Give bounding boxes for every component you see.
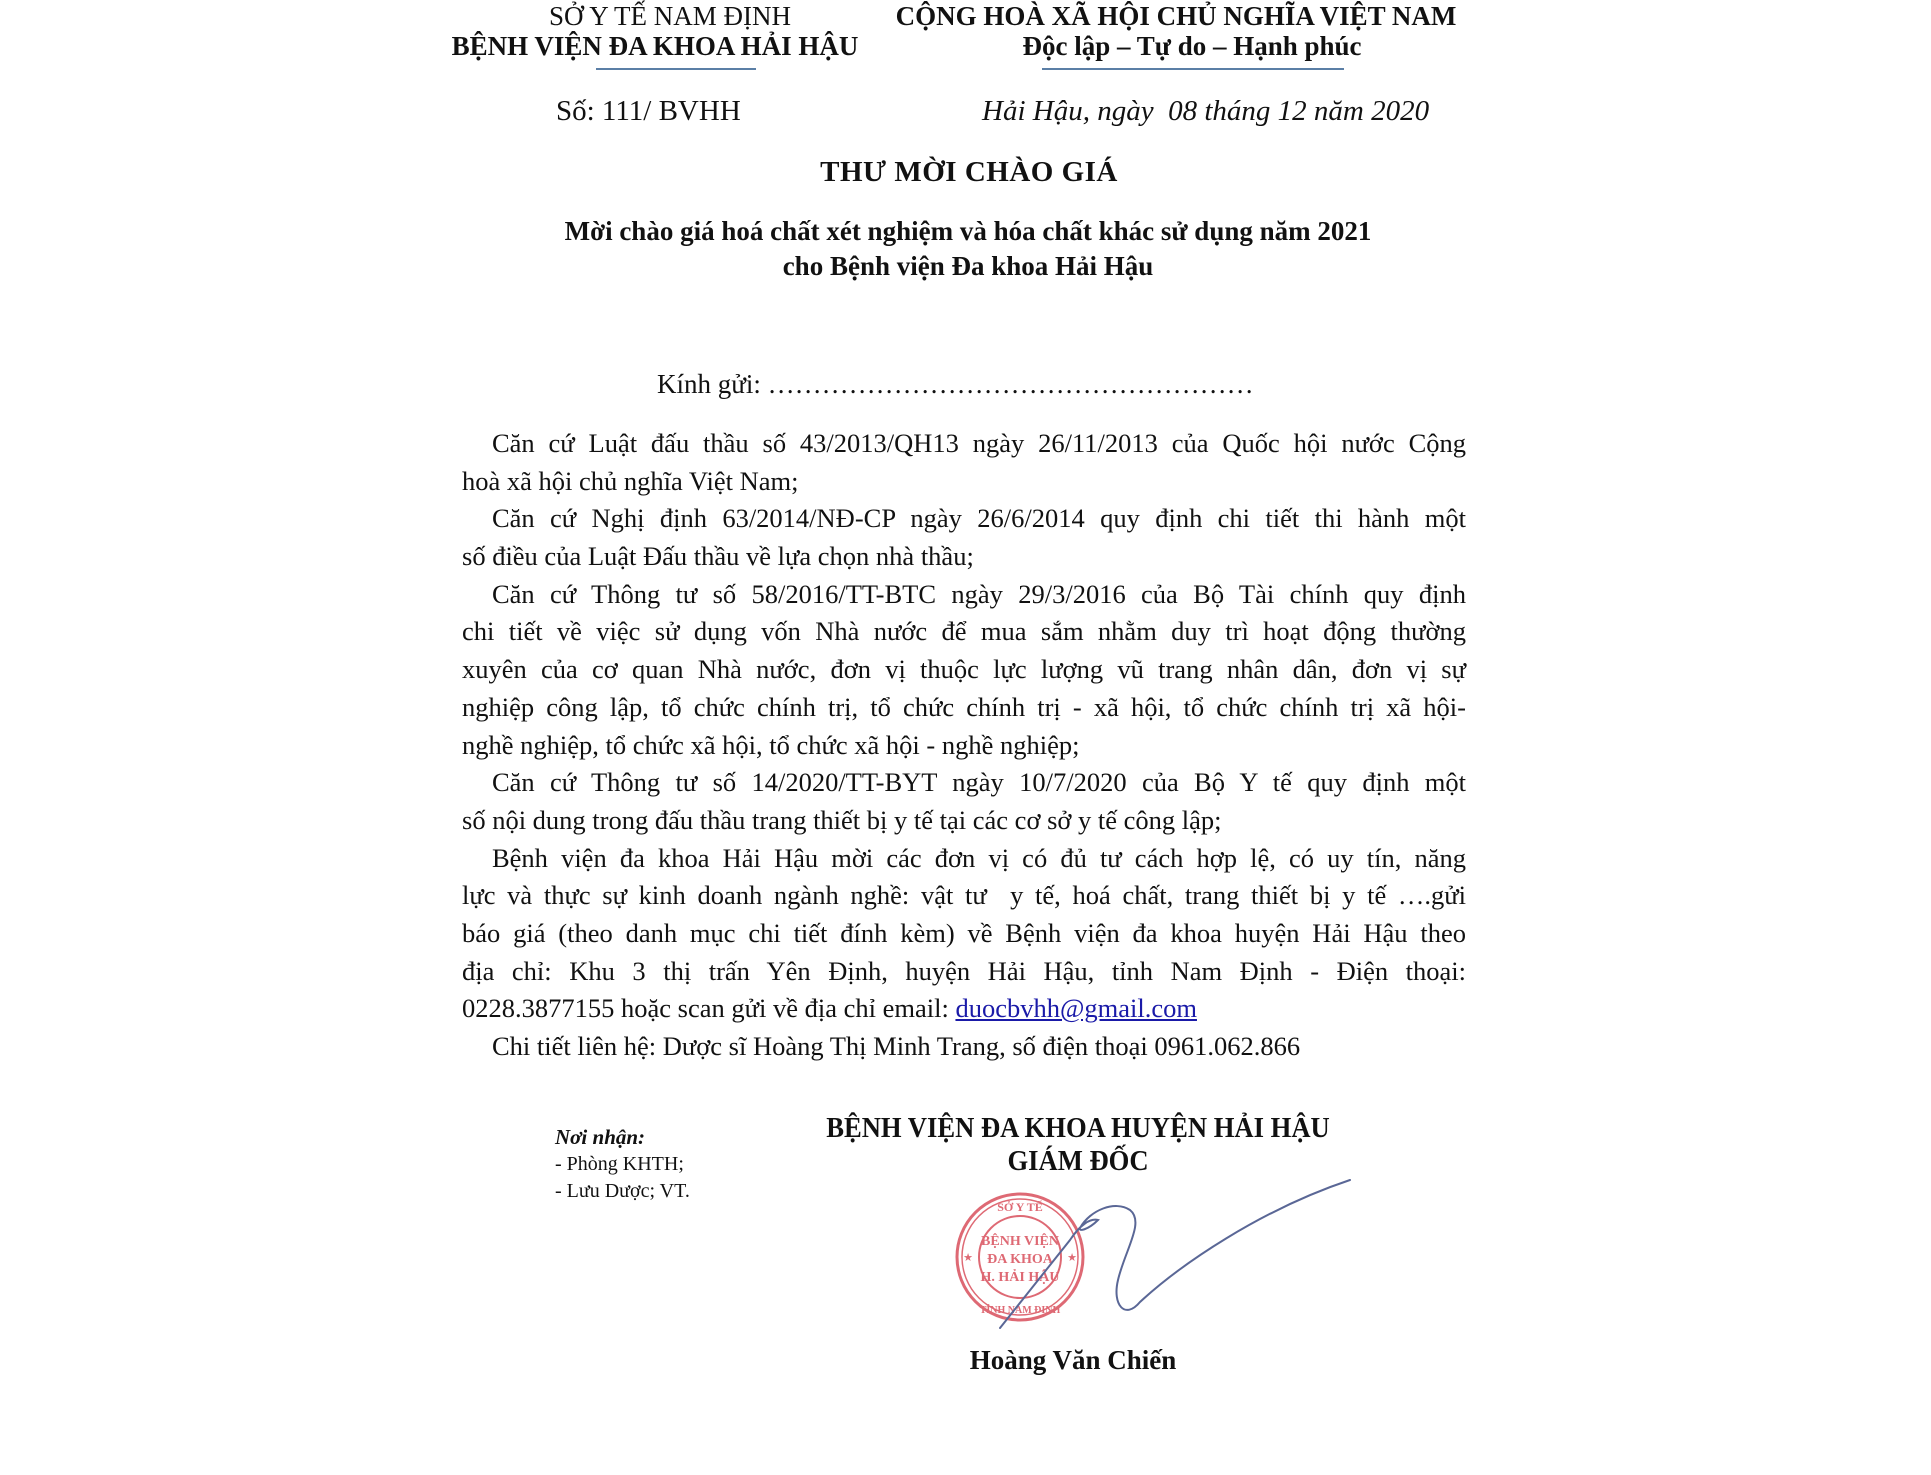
body-line: Bệnh viện đa khoa Hải Hậu mời các đơn vị… [462,840,1466,878]
body-line: số nội dung trong đấu thầu trang thiết b… [462,802,1466,840]
agency-name: SỞ Y TẾ NAM ĐỊNH [549,2,791,31]
subtitle-line-2: cho Bệnh viện Đa khoa Hải Hậu [565,249,1372,284]
body-line: hoà xã hội chủ nghĩa Việt Nam; [462,463,1466,501]
stamp-line-1: BỆNH VIỆN [981,1232,1059,1249]
body-line: Căn cứ Thông tư số 58/2016/TT-BTC ngày 2… [462,576,1466,614]
recipients-title: Nơi nhận: [555,1124,690,1151]
signer-name: Hoàng Văn Chiến [970,1345,1177,1376]
body-line: địa chỉ: Khu 3 thị trấn Yên Định, huyện … [462,953,1466,991]
body-line: báo giá (theo danh mục chi tiết đính kèm… [462,915,1466,953]
recipient-item: - Lưu Dược; VT. [555,1178,690,1205]
national-motto: Độc lập – Tự do – Hạnh phúc [1022,32,1361,61]
body-line: Căn cứ Luật đấu thầu số 43/2013/QH13 ngà… [462,425,1466,463]
subtitle-line-1: Mời chào giá hoá chất xét nghiệm và hóa … [565,214,1372,249]
document-subtitle: Mời chào giá hoá chất xét nghiệm và hóa … [565,214,1372,284]
stamp-top-text: SỞ Y TẾ [997,1199,1043,1214]
body-line: xuyên của cơ quan Nhà nước, đơn vị thuộc… [462,651,1466,689]
body-line: nghề nghiệp, tổ chức xã hội, tổ chức xã … [462,727,1466,765]
body-line: chi tiết về việc sử dụng vốn Nhà nước để… [462,613,1466,651]
svg-text:★: ★ [963,1252,973,1264]
body-line: lực và thực sự kinh doanh ngành nghề: vậ… [462,877,1466,915]
recipient-item: - Phòng KHTH; [555,1151,690,1178]
country-name: CỘNG HOÀ XÃ HỘI CHỦ NGHĨA VIỆT NAM [896,2,1457,31]
recipients-block: Nơi nhận: - Phòng KHTH; - Lưu Dược; VT. [555,1124,690,1205]
body-line-email: 0228.3877155 hoặc scan gửi về địa chỉ em… [462,990,1466,1028]
hospital-name: BỆNH VIỆN ĐA KHOA HẢI HẬU [452,32,859,61]
salutation: Kính gửi: ……………………………………………… [657,368,1254,400]
body-line: nghiệp công lập, tổ chức chính trị, tổ c… [462,689,1466,727]
body-line: Căn cứ Nghị định 63/2014/NĐ-CP ngày 26/6… [462,500,1466,538]
contact-line: Chi tiết liên hệ: Dược sĩ Hoàng Thị Minh… [462,1028,1466,1066]
document-title: THƯ MỜI CHÀO GIÁ [820,156,1118,188]
body-line: số điều của Luật Đấu thầu về lựa chọn nh… [462,538,1466,576]
header-right-rule [1042,68,1344,70]
stamp-line-2: ĐA KHOA [987,1252,1054,1267]
email-prefix: 0228.3877155 hoặc scan gửi về địa chỉ em… [462,993,955,1023]
letter-body: Căn cứ Luật đấu thầu số 43/2013/QH13 ngà… [462,425,1466,1066]
stamp-and-signature: SỞ Y TẾ TỈNH NAM ĐỊNH ★ ★ BỆNH VIỆN ĐA K… [940,1170,1360,1340]
stamp-bottom-text: TỈNH NAM ĐỊNH [980,1304,1061,1316]
email-link[interactable]: duocbvhh@gmail.com [955,993,1197,1023]
document-number: Số: 111/ BVHH [556,95,741,127]
signature-org: BỆNH VIỆN ĐA KHOA HUYỆN HẢI HẬU [826,1112,1330,1145]
body-line: Căn cứ Thông tư số 14/2020/TT-BYT ngày 1… [462,764,1466,802]
place-date: Hải Hậu, ngày 08 tháng 12 năm 2020 [982,95,1429,127]
svg-text:★: ★ [1067,1252,1077,1264]
official-stamp-icon: SỞ Y TẾ TỈNH NAM ĐỊNH ★ ★ BỆNH VIỆN ĐA K… [957,1194,1083,1320]
stamp-line-3: H. HẢI HẬU [981,1268,1060,1285]
header-left-rule [596,68,756,70]
signature-block-heading: BỆNH VIỆN ĐA KHOA HUYỆN HẢI HẬU GIÁM ĐỐC [826,1112,1330,1178]
